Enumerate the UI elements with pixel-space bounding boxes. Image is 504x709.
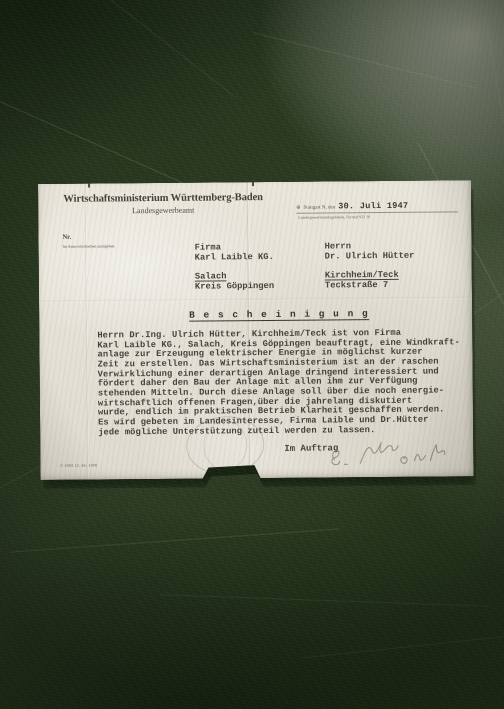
postal-emblem-icon: ⊕ <box>296 205 300 211</box>
recipient-name: Karl Laible KG. <box>195 252 274 263</box>
paper-crease <box>39 296 472 303</box>
fold-mark <box>88 183 90 188</box>
round-stamp-inner-icon <box>203 420 247 470</box>
recipient-city: Salach <box>195 271 274 282</box>
ref-note: Im Antwortschreiben anzugeben <box>63 243 115 248</box>
recipient-person-address: Herrn Dr. Ulrich Hütter Kirchheim/Teck T… <box>325 241 415 291</box>
recipient-region: Kreis Göppingen <box>195 281 274 292</box>
desk-surface: Wirtschaftsministerium Württemberg-Baden… <box>0 0 504 709</box>
scratch-mark <box>63 0 237 99</box>
document-title: B e s c h e i n i g u n g <box>179 308 379 321</box>
ref-number-label: Nr. <box>62 233 114 240</box>
recipient-street: Teckstraße 7 <box>325 280 415 291</box>
fold-mark <box>252 181 254 186</box>
scratch-mark <box>486 22 504 180</box>
dateline: ⊕ Stuttgart N, den 30. Juli 1947 Landesg… <box>296 200 464 219</box>
handwritten-signature-icon <box>320 422 480 473</box>
body-paragraph: Herrn Dr.Ing. Ulrich Hütter, Kirchheim/T… <box>97 328 480 438</box>
form-print-number: C 1003 12. 46. 1000 <box>60 463 97 467</box>
recipient-name: Dr. Ulrich Hütter <box>325 251 415 262</box>
office-address-smallprint: Landesgewerbeamtsgebäude, Fernruf 923 16 <box>296 213 464 219</box>
reference-block: Nr. Im Antwortschreiben anzugeben <box>62 233 114 248</box>
place-prefix: Stuttgart N, den <box>303 205 335 210</box>
scratch-mark <box>301 632 504 658</box>
office-name: Landesgewerbeamt <box>62 205 264 216</box>
paper-crease <box>84 184 90 480</box>
scratch-mark <box>10 528 339 552</box>
document-paper: Wirtschaftsministerium Württemberg-Baden… <box>38 180 474 480</box>
salutation: Firma <box>195 242 274 253</box>
letterhead: Wirtschaftsministerium Württemberg-Baden… <box>62 192 264 216</box>
scratch-mark <box>160 594 490 607</box>
ministry-name: Wirtschaftsministerium Württemberg-Baden <box>62 192 264 205</box>
recipient-firm-address: Firma Karl Laible KG. Salach Kreis Göppi… <box>195 242 275 292</box>
scratch-mark <box>253 32 476 89</box>
typed-date: 30. Juli 1947 <box>338 201 408 212</box>
